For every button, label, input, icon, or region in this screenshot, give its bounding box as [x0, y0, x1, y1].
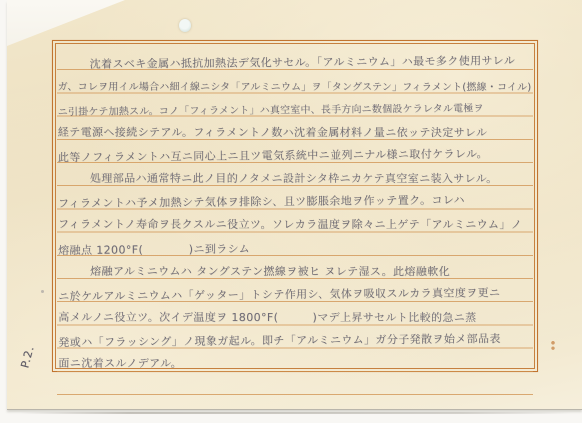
orange-dot-mark — [551, 341, 555, 350]
handwritten-line: フィラメントノ寿命ヲ長クスルニ役立ツ。ソレカラ温度ヲ除々ニ上ゲテ「アルミニウム」… — [58, 211, 534, 235]
scanned-document-page: { "document": { "page_label": "P.2.", "l… — [0, 0, 582, 423]
punch-hole-mark — [179, 19, 191, 32]
handwritten-line: ニ引掛ケテ加熱スル。コノ「フィラメント」ハ真空室中、長手方向ニ数個設ケラレタル電… — [58, 93, 534, 120]
handwritten-line: 発或ハ「フラッシング」ノ現象ガ起ル。即チ「アルミニウム」ガ分子発散ヲ始メ部品表 — [58, 325, 534, 352]
handwritten-line: 沈着スベキ金属ハ抵抗加熱法デ気化サセル。「アルミニウム」ハ最モ多ク使用サレル — [58, 47, 534, 74]
handwritten-line: 高メルノニ役立ツ。次イデ温度ヲ 1800°F( )マデ上昇サセルト比較的急ニ蒸 — [58, 304, 534, 328]
handwritten-line: 処理部品ハ通常特ニ此ノ目的ノタメニ設計シタ枠ニカケテ真空室ニ装入サレル。 — [58, 165, 534, 189]
handwritten-line: 熔融アルミニウムハ タングステン撚線ヲ被ヒ ヌレテ湿ス。此熔融軟化 — [58, 257, 534, 281]
paper-edge-shadow — [20, 412, 572, 414]
page-number-label: P.2. — [18, 322, 45, 371]
pencil-smudge — [41, 290, 44, 293]
handwritten-line: フィラメントハ予メ加熱シテ気体ヲ排除シ、且ツ膨脹余地ヲ作ッテ置ク。コレハ — [58, 186, 534, 213]
handwritten-line: 面ニ沈着スルノデアル。 — [58, 350, 534, 374]
handwritten-text-block: 沈着スベキ金属ハ抵抗加熱法デ気化サセル。「アルミニウム」ハ最モ多ク使用サレル ガ… — [58, 48, 535, 374]
handwritten-line: 此等ノフィラメントハ互ニ同心上ニ且ツ電気系統中ニ並列ニナル様ニ取付ケラレル。 — [58, 140, 534, 167]
handwritten-line: ガ、コレヲ用イル場合ハ細イ線ニシタ「アルミニウム」ヲ「タングステン」フィラメント… — [58, 72, 534, 96]
handwritten-line: 熔融点 1200°F( )ニ到ラシム — [58, 232, 534, 259]
handwritten-line: 経テ電源ヘ接続シテアル。フィラメントノ数ハ沈着金属材料ノ量ニ依ッテ決定サレル — [58, 118, 534, 142]
handwritten-line: ニ於ケルアルミニウムハ「ゲッター」トシテ作用シ、気体ヲ吸収スルカラ真空度ヲ更ニ — [58, 279, 534, 306]
paper-sheet: 沈着スベキ金属ハ抵抗加熱法デ気化サセル。「アルミニウム」ハ最モ多ク使用サレル ガ… — [7, 0, 582, 409]
